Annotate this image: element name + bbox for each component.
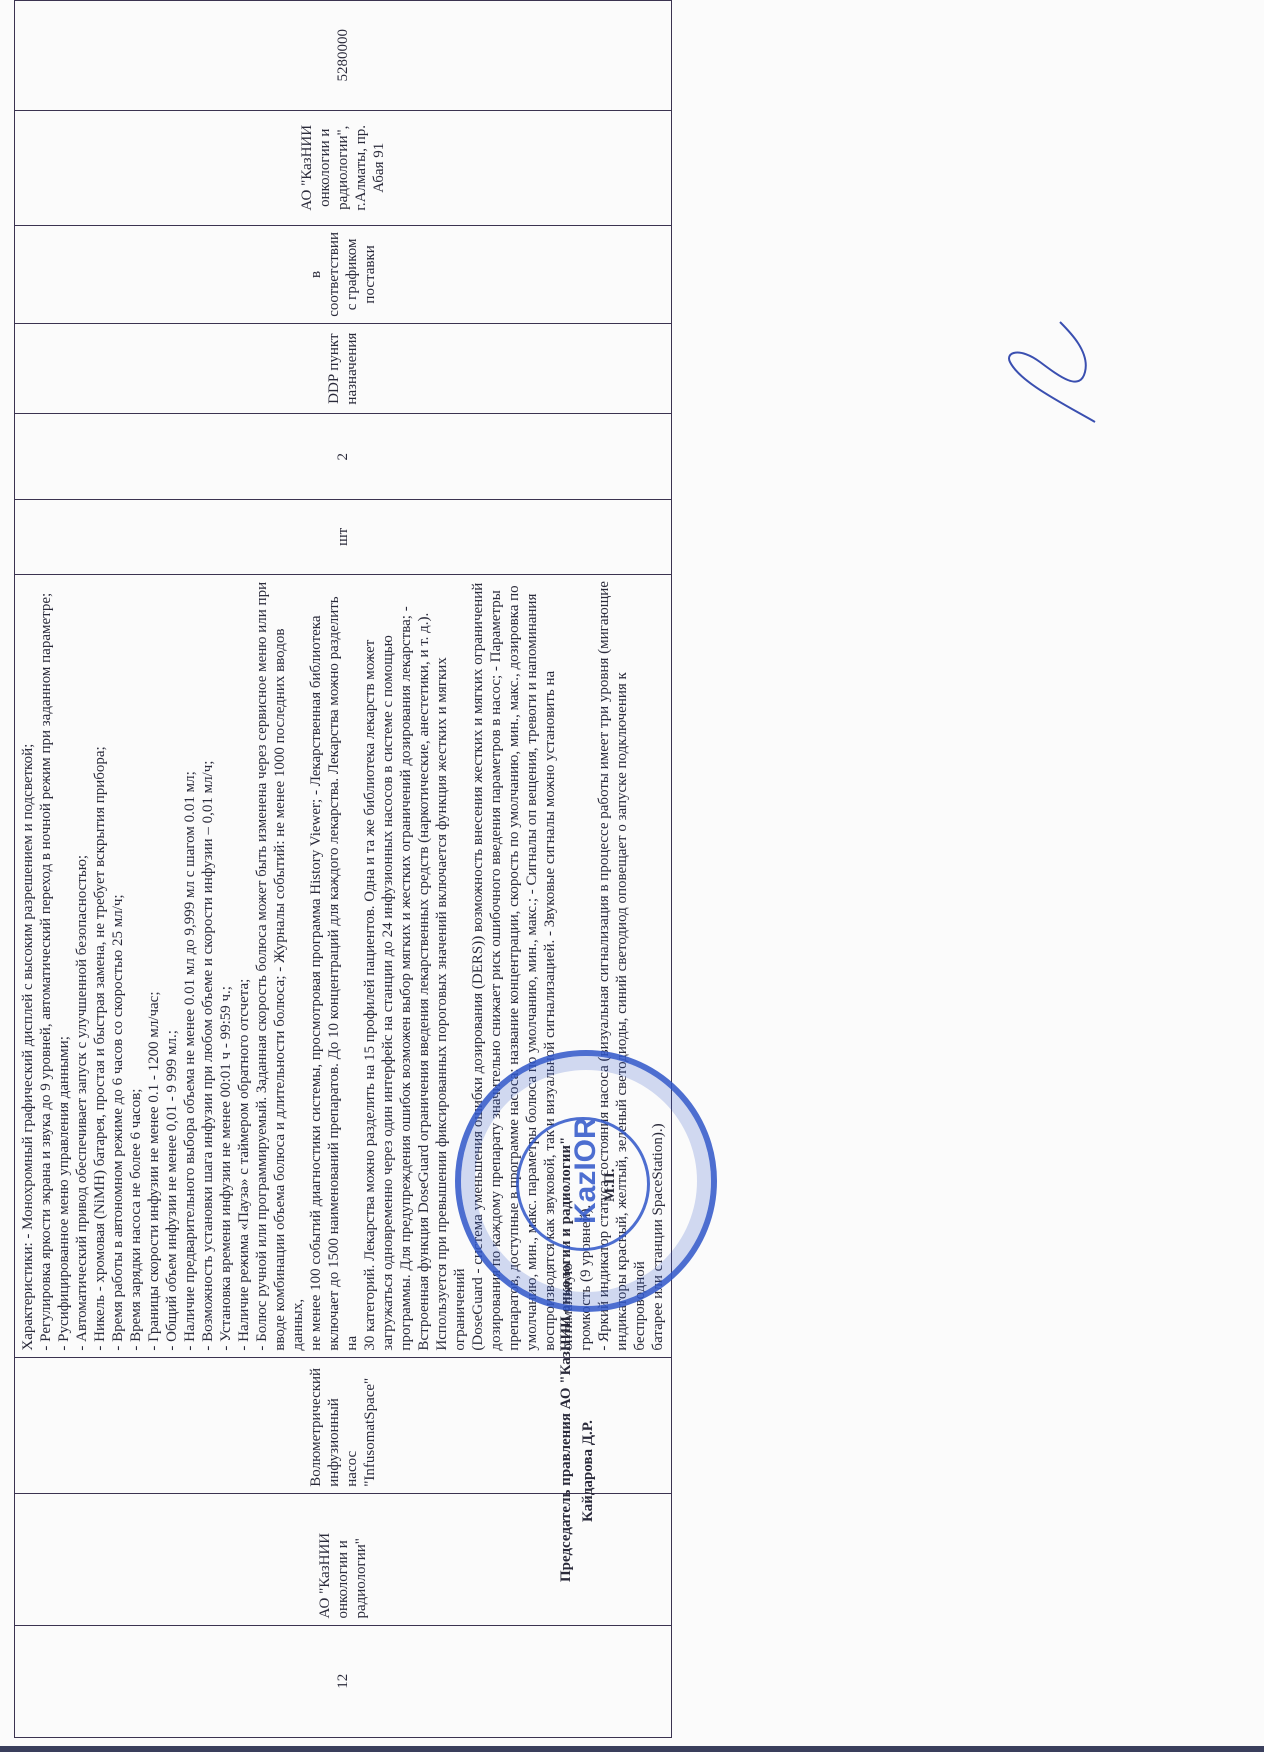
stamp-logo: KazIOR [569, 1117, 603, 1224]
char-line: - Установка времени инфузии не менее 00:… [217, 581, 235, 1351]
char-line: - Время зарядки насоса не более 6 часов; [127, 581, 145, 1351]
delivery-time-cell: в соответствии с графиком поставки [15, 225, 672, 323]
row-number-cell: 12 [15, 1625, 672, 1737]
quantity-cell: 2 [15, 414, 672, 500]
char-line: - Общий объем инфузии не менее 0,01 - 9 … [163, 581, 181, 1351]
char-line: - Русифицированное меню управления данны… [55, 581, 73, 1351]
char-line: - Время работы в автономном режиме до 6 … [109, 581, 127, 1351]
char-line: Используется при превышении фиксированны… [433, 581, 469, 1351]
official-stamp-icon: KazIOR [455, 1050, 717, 1312]
handwritten-signature-icon [1000, 312, 1110, 432]
unit-cell: шт [15, 500, 672, 575]
char-line: - Границы скорости инфузии не менее 0.1 … [145, 581, 163, 1351]
char-line: 30 категорий. Лекарства можно разделить … [361, 581, 379, 1351]
amount-cell: 5280000 [15, 1, 672, 111]
char-line: - Регулировка яркости экрана и звука до … [37, 581, 55, 1351]
char-line: Характеристики: - Монохромный графически… [19, 581, 37, 1351]
delivery-place-cell: АО "КазНИИ онкологии и радиологии", г.Ал… [15, 110, 672, 225]
char-line: - Наличие предварительного выбора объема… [181, 581, 199, 1351]
char-line: вводе комбинации объема болюса и длитель… [271, 581, 307, 1351]
char-line: - Никель - хромовая (NiMH) батарея, прос… [91, 581, 109, 1351]
char-line: - Болюс ручной или программируемый. Зада… [253, 581, 271, 1351]
char-line: не менее 100 событий диагностики системы… [307, 581, 325, 1351]
char-line: программы. Для предупреждения ошибок воз… [397, 581, 415, 1351]
char-line: - Возможность установки шага инфузии при… [199, 581, 217, 1351]
char-line: загружаться одновременно через один инте… [379, 581, 397, 1351]
char-line: - Автоматический привод обеспечивает зап… [73, 581, 91, 1351]
char-line: включает до 1500 наименований препаратов… [325, 581, 361, 1351]
delivery-terms-cell: DDP пункт назначения [15, 323, 672, 414]
char-line: Встроенная функция DoseGuard ограничения… [415, 581, 433, 1351]
char-line: - Наличие режима «Пауза» с таймером обра… [235, 581, 253, 1351]
rotated-document-page: 12 АО "КазНИИ онкологии и радиологии" Во… [0, 0, 1264, 1752]
scan-edge-bar [0, 1746, 1264, 1752]
